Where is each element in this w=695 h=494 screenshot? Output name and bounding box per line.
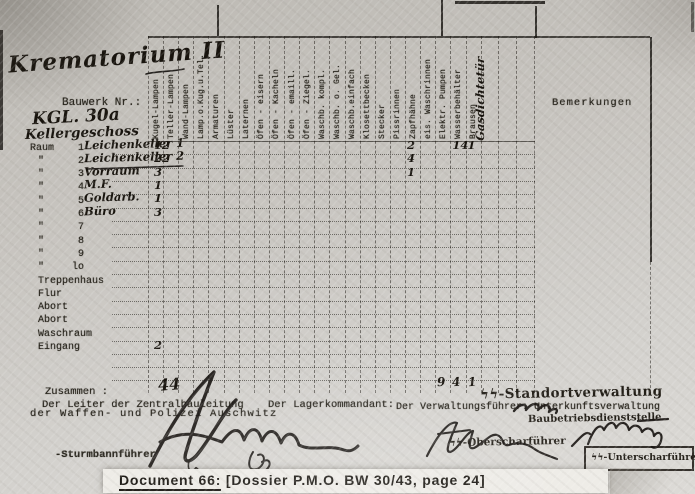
grid-line-vertical [329, 36, 330, 393]
handwritten-total-value: 1 [467, 375, 476, 390]
row-label-number: 6 [62, 209, 84, 220]
handwritten-total-value: 4 [452, 375, 461, 390]
row-label-number: lo [62, 262, 84, 273]
row-label: Raum [30, 143, 54, 154]
grid-line-vertical [450, 36, 451, 393]
row-label: " [38, 169, 44, 180]
caption-doc-rest: [Dossier P.M.O. BW 30/43, page 24] [221, 472, 485, 488]
grid-line-vertical [360, 36, 361, 393]
row-label: " [38, 249, 44, 260]
handwritten-cell-value: 3 [154, 165, 162, 179]
grid-line-horizontal [112, 327, 535, 328]
archive-caption-text: Document 66: [Dossier P.M.O. BW 30/43, p… [119, 472, 485, 488]
column-header: Öfen - Kacheln [272, 69, 282, 139]
column-header: Laternen [242, 99, 252, 139]
column-header: Klosettbecken [363, 74, 373, 139]
grid-line-vertical [466, 36, 467, 393]
bemerkungen-right-border [650, 37, 652, 262]
table-line-accent [441, 0, 443, 36]
row-label: " [38, 236, 44, 247]
row-label: " [38, 156, 44, 167]
row-label: " [38, 222, 44, 233]
grid-line-vertical [224, 36, 225, 393]
row-label: Flur [38, 289, 62, 300]
grid-line-vertical [345, 36, 346, 393]
handwritten-cell-value: 4 [407, 151, 415, 165]
table-line-accent [217, 5, 219, 36]
row-label: " [38, 209, 44, 220]
verwaltungsfuehrer-label: Der Verwaltungsführer: Unterkunftsverwal… [396, 402, 660, 413]
column-header: Wand-Lampen [182, 84, 192, 139]
scan-smudge [610, 468, 695, 494]
grid-line-horizontal [112, 367, 535, 368]
grid-line-vertical [148, 36, 149, 393]
bemerkungen-header: Bemerkungen [552, 97, 632, 109]
column-header: Zapfhähne [409, 94, 419, 139]
handwritten-room-name: M.F. [84, 177, 112, 192]
row-label: " [38, 182, 44, 193]
leiter-title-line2: der Waffen- und Polizei Auschwitz [30, 408, 278, 420]
grid-line-vertical [390, 36, 391, 393]
table-line-accent [455, 1, 545, 4]
column-header: Kugel-Lampen [152, 79, 162, 139]
grid-line-vertical [534, 36, 535, 393]
column-header: eis. Waschrinnen [424, 59, 434, 139]
row-label-number: 3 [62, 169, 84, 180]
handwritten-room-name: Büro [84, 203, 116, 218]
rank-left-label: -Sturmbannführer [55, 449, 156, 461]
grid-line-horizontal [112, 354, 535, 355]
grid-line-horizontal [112, 287, 535, 288]
row-label: Treppenhaus [38, 276, 104, 287]
grid-line-horizontal [112, 261, 535, 262]
row-label: Eingang [38, 342, 80, 353]
grid-line-horizontal [112, 234, 535, 235]
row-label-number: 2 [62, 156, 84, 167]
column-header: Elektr. Pumpen [439, 69, 449, 139]
handwritten-total-value: 9 [437, 375, 446, 390]
grid-line-horizontal [112, 208, 535, 209]
table-top-border [148, 36, 650, 38]
oberscharfuehrer-stamp: ϟϟ-Oberscharführer [449, 435, 566, 449]
row-label: Waschraum [38, 329, 92, 340]
column-header: Armaturen [212, 94, 222, 139]
column-header: Lamp.o.Kug.u.Tel. [197, 54, 207, 139]
row-label: Abort [38, 315, 68, 326]
grid-line-vertical [269, 36, 270, 393]
grid-line-vertical [314, 36, 315, 393]
column-header: Teller-Lampen [167, 74, 177, 139]
lagerkommandant-label: Der Lagerkommandant: [268, 399, 394, 411]
row-label: Abort [38, 302, 68, 313]
row-label-number: 5 [62, 196, 84, 207]
column-header: Waschb. o. Gel. [333, 64, 343, 139]
column-header: Waschb. kompl. [318, 69, 328, 139]
row-label-number: 7 [62, 222, 84, 233]
column-header: Stecker [378, 104, 388, 139]
grid-line-vertical [163, 36, 164, 393]
handwritten-cell-value: 12 [154, 138, 170, 152]
column-header: Waschb.einfach [348, 69, 358, 139]
unterscharfuehrer-stamp: ϟϟ-Unterscharführer [591, 452, 695, 463]
handwritten-cell-value: 1 [407, 165, 415, 179]
row-label-number: 8 [62, 236, 84, 247]
grid-line-vertical [239, 36, 240, 393]
column-header: Öfen - eisern [257, 74, 267, 139]
grid-line-horizontal [112, 194, 535, 195]
column-header: Öfen - Ziegel. [303, 69, 313, 139]
row-label-number: 9 [62, 249, 84, 260]
grid-line-horizontal [112, 314, 535, 315]
handwritten-room-name: Goldarb. [84, 189, 140, 204]
grid-line-horizontal [112, 247, 535, 248]
bemerkungen-right-border-faint [650, 262, 651, 393]
grid-line-vertical [208, 36, 209, 393]
grid-line-horizontal [112, 168, 535, 169]
handwritten-total-value: 44 [157, 374, 181, 395]
grid-line-vertical [516, 36, 517, 393]
column-header: Pissrinnen [393, 89, 403, 139]
caption-doc-label: Document 66: [119, 472, 221, 491]
grid-line-horizontal [112, 221, 535, 222]
grid-line-vertical [375, 36, 376, 393]
column-header: Wasserbehälter [454, 69, 464, 139]
grid-line-vertical [254, 36, 255, 393]
scan-right-edge-mark [691, 2, 694, 32]
handwritten-cell-value: 1 [154, 178, 162, 192]
standortverwaltung-stamp: ϟϟ-Standortverwaltung [480, 383, 663, 402]
grid-line-vertical [193, 36, 194, 393]
handwritten-cell-value: 1 [154, 191, 162, 205]
grid-line-horizontal [112, 274, 535, 275]
grid-line-vertical [405, 36, 406, 393]
gasdichtetuer-handwritten-header: Gasdichtetür [473, 56, 487, 141]
grid-line-vertical [420, 36, 421, 393]
zusammen-label: Zusammen : [45, 386, 108, 398]
grid-line-horizontal [112, 341, 535, 342]
row-label-number: 4 [62, 182, 84, 193]
grid-line-horizontal [112, 181, 535, 182]
grid-line-vertical [498, 36, 499, 393]
handwritten-cell-value: 14 [452, 138, 468, 152]
row-label-number: 1 [62, 143, 84, 154]
handwritten-cell-value: 3 [154, 205, 162, 219]
baubetrieb-stamp: Baubetriebsdienststelle [528, 412, 662, 425]
grid-line-vertical [435, 36, 436, 393]
scan-left-edge [0, 30, 3, 150]
row-label: " [38, 196, 44, 207]
grid-line-vertical [299, 36, 300, 393]
grid-line-vertical [178, 36, 179, 393]
grid-line-horizontal [112, 301, 535, 302]
row-label: " [38, 262, 44, 273]
handwritten-cell-value: 22 [154, 151, 170, 165]
column-header: Lüster [227, 109, 237, 139]
handwritten-cell-value: 2 [154, 338, 162, 352]
document-scan: Krematorium II Bauwerk Nr.: KGL. 30a Kel… [0, 0, 695, 494]
grid-line-horizontal [148, 141, 535, 142]
handwritten-cell-value: 2 [407, 138, 415, 152]
archive-caption: Document 66: [Dossier P.M.O. BW 30/43, p… [103, 469, 608, 493]
column-header: Öfen - emaill. [288, 69, 298, 139]
table-line-accent [535, 6, 537, 38]
grid-line-vertical [284, 36, 285, 393]
